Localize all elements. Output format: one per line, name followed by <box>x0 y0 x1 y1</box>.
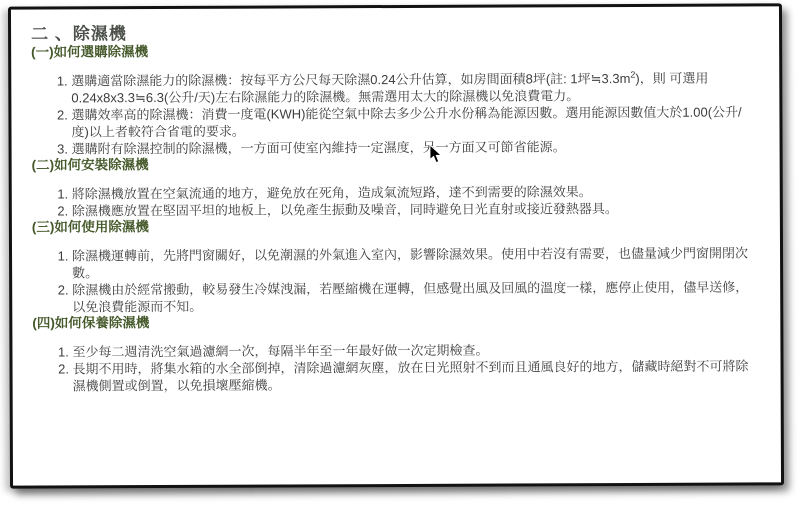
section-heading: (三)如何使用除濕機 <box>32 216 754 235</box>
document-content: 二 、除濕機 (一)如何選購除濕機 選購適當除濕能力的除濕機：按每平方公尺每天除… <box>11 6 781 394</box>
list-item: 選購效率高的除濕機：消費一度電(KWH)能從空氣中除去多少公升水份稱為能源因數。… <box>71 103 753 140</box>
section-heading: (二)如何安裝除濕機 <box>32 154 754 173</box>
section-list: 至少每二週清洗空氣過濾網一次，每隔半年至一年最好做一次定期檢查。 長期不用時，將… <box>32 340 754 394</box>
section-list: 選購適當除濕能力的除濕機：按每平方公尺每天除濕0.24公升估算，如房間面積8坪(… <box>31 69 753 157</box>
section-list: 將除濕機放置在空氣流通的地方，避免放在死角，造成氣流短路，達不到需要的除濕效果。… <box>32 182 754 219</box>
list-item: 除濕機由於經常搬動，較易發生冷媒洩漏，若壓縮機在運轉，但感覺出風及回風的溫度一樣… <box>72 278 754 315</box>
section-install: (二)如何安裝除濕機 將除濕機放置在空氣流通的地方，避免放在死角，造成氣流短路，… <box>32 154 754 219</box>
section-maintenance: (四)如何保養除濕機 至少每二週清洗空氣過濾網一次，每隔半年至一年最好做一次定期… <box>32 312 754 394</box>
screenshot-stage: 二 、除濕機 (一)如何選購除濕機 選購適當除濕能力的除濕機：按每平方公尺每天除… <box>0 0 800 506</box>
section-heading: (一)如何選購除濕機 <box>31 41 753 60</box>
section-heading: (四)如何保養除濕機 <box>32 312 754 331</box>
list-item: 長期不用時，將集水箱的水全部倒掉，清除過濾網灰塵，放在日光照射不到而且通風良好的… <box>72 357 754 394</box>
section-usage: (三)如何使用除濕機 除濕機運轉前，先將門窗關好，以免潮濕的外氣進入室內，影響除… <box>32 216 754 315</box>
section-list: 除濕機運轉前，先將門窗關好，以免潮濕的外氣進入室內，影響除濕效果。使用中若沒有需… <box>32 244 754 315</box>
list-item: 除濕機運轉前，先將門窗關好，以免潮濕的外氣進入室內，影響除濕效果。使用中若沒有需… <box>72 244 754 281</box>
section-purchase: (一)如何選購除濕機 選購適當除濕能力的除濕機：按每平方公尺每天除濕0.24公升… <box>31 41 753 157</box>
page-frame: 二 、除濕機 (一)如何選購除濕機 選購適當除濕能力的除濕機：按每平方公尺每天除… <box>8 3 784 488</box>
item-text-pre: 選購適當除濕能力的除濕機：按每平方公尺每天除濕0.24公升估算，如房間面積8坪(… <box>71 71 630 88</box>
list-item: 選購適當除濕能力的除濕機：按每平方公尺每天除濕0.24公升估算，如房間面積8坪(… <box>71 69 753 106</box>
